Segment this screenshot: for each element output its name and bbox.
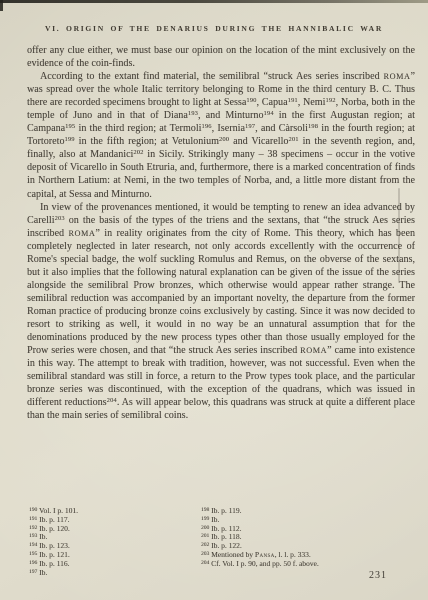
footnote-marker: 195 (29, 551, 37, 557)
footnote-column-right: 198 Ib. p. 119.199 Ib.200 Ib. p. 112.201… (201, 507, 415, 577)
running-header: VI. ORIGIN OF THE DENARIUS DURING THE HA… (0, 24, 428, 33)
footnote-marker: 197 (245, 123, 255, 130)
footnote-marker: 201 (201, 533, 209, 539)
footnote-marker: 193 (188, 110, 198, 117)
footnote-marker: 203 (55, 215, 65, 222)
footnote-marker: 191 (29, 516, 37, 522)
footnote-marker: 197 (29, 569, 37, 575)
footnote-line: 192 Ib. p. 120. (29, 525, 201, 534)
footnote-line: 204 Cf. Vol. I p. 90, and pp. 50 f. abov… (201, 560, 415, 569)
footnote-marker: 204 (107, 397, 117, 404)
footnote-marker: 203 (201, 551, 209, 557)
small-caps-text: ROMA (68, 229, 95, 238)
footnote-marker: 196 (201, 123, 211, 130)
footnote-marker: 204 (201, 560, 209, 566)
paragraph-provenances: In view of the provenances mentioned, it… (27, 201, 415, 423)
body-text: offer any clue either, we must base our … (27, 44, 415, 506)
footnote-marker: 202 (133, 149, 143, 156)
scan-corner-artifact (0, 0, 3, 11)
footnote-marker: 194 (29, 542, 37, 548)
page-number: 231 (358, 570, 398, 581)
footnote-marker: 194 (264, 110, 274, 117)
footnote-line: 197 Ib. (29, 569, 201, 578)
footnote-marker: 196 (29, 560, 37, 566)
small-caps-text: ROMA (384, 72, 411, 81)
footnote-marker: 198 (308, 123, 318, 130)
footnote-marker: 201 (288, 136, 298, 143)
footnote-marker: 191 (288, 97, 298, 104)
footnote-column-left: 190 Vol. I p. 101.191 Ib. p. 117.192 Ib.… (29, 507, 201, 577)
footnote-marker: 198 (201, 507, 209, 513)
footnote-marker: 199 (201, 516, 209, 522)
footnote-marker: 190 (246, 97, 256, 104)
footnote-marker: 193 (29, 533, 37, 539)
footnotes-section: 190 Vol. I p. 101.191 Ib. p. 117.192 Ib.… (29, 507, 415, 577)
footnote-marker: 192 (325, 97, 335, 104)
footnote-marker: 202 (201, 542, 209, 548)
footnote-marker: 195 (65, 123, 75, 130)
paragraph-continuation: offer any clue either, we must base our … (27, 44, 415, 70)
footnote-marker: 200 (219, 136, 229, 143)
footnote-marker: 192 (29, 525, 37, 531)
small-caps-text: Pansa (255, 550, 275, 559)
footnote-line: 196 Ib. p. 116. (29, 560, 201, 569)
paragraph-find-material: According to the extant find material, t… (27, 70, 415, 200)
footnote-marker: 190 (29, 507, 37, 513)
small-caps-text: ROMA (300, 346, 327, 355)
footnote-marker: 200 (201, 525, 209, 531)
book-page: VI. ORIGIN OF THE DENARIUS DURING THE HA… (0, 0, 428, 600)
scan-edge-artifact (0, 0, 428, 3)
footnote-marker: 199 (65, 136, 75, 143)
footnote-line: 198 Ib. p. 119. (201, 507, 415, 516)
